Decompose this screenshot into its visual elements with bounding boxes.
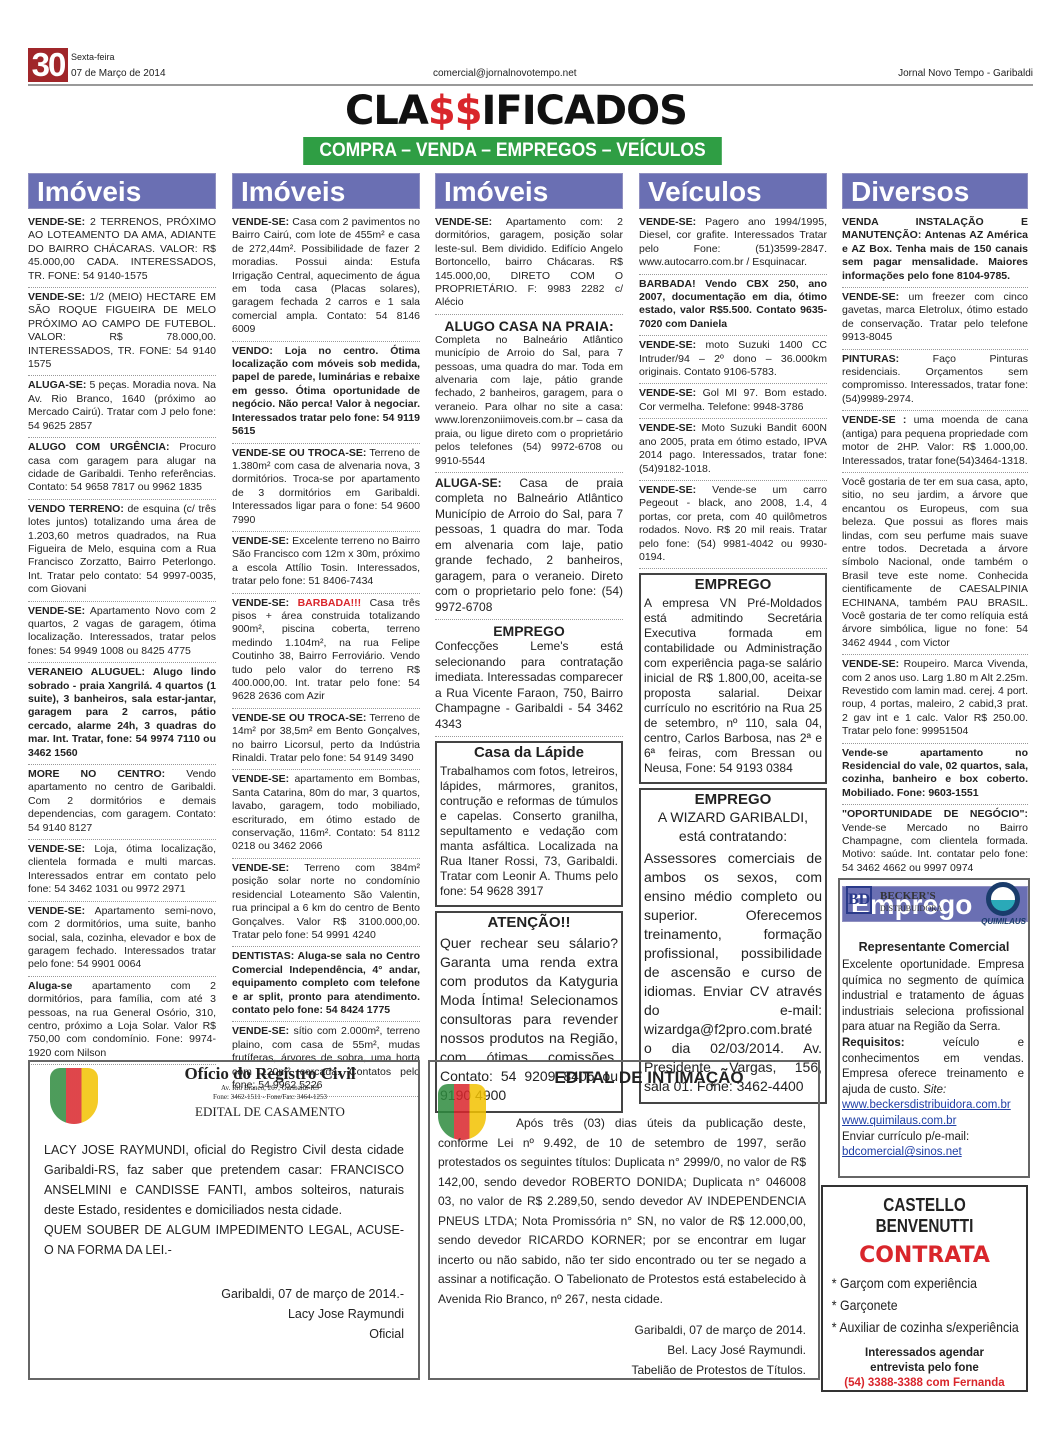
ad-title: ALUGO CASA NA PRAIA: (435, 318, 623, 334)
ad-title: EMPREGO (435, 623, 623, 639)
signature-name: Lacy Jose Raymundi (221, 1304, 404, 1324)
classified-ad: VENDE-SE: Apartamento com: 2 dormitórios… (435, 213, 623, 315)
classified-ad: PINTURAS: Faço Pinturas residenciais. Or… (842, 350, 1028, 412)
column-veiculos: Veículos VENDE-SE: Pagero ano 1994/1995,… (639, 173, 827, 1108)
ad-text: Casa de praia completa no Balneário Atlâ… (435, 476, 623, 614)
ad-text: Loja no centro. Ótima localização com mó… (232, 345, 420, 437)
address: Av. Rio Branco, 267, Garibaldi-RS (165, 1084, 375, 1093)
signature-role: Oficial (221, 1324, 404, 1344)
classified-ad: VENDO: Loja no centro. Ótima localização… (232, 342, 420, 444)
ad-lead: VENDO: (232, 345, 273, 357)
beckers-website-link[interactable]: www.beckersdistribuidora.com.br (842, 1099, 1011, 1111)
site-label: Site: (923, 1084, 946, 1096)
registro-civil-notice: Ofício do Registro Civil Av. Rio Branco,… (28, 1060, 420, 1380)
ad-lead: VENDE-SE: (842, 658, 899, 670)
box-subtitle: A WIZARD GARIBALDI, está contratando: (644, 808, 822, 846)
classified-ad: VENDE-SE: Vende-se um carro Pegeout - bl… (639, 481, 827, 569)
classified-ad: VENDE-SE: um freezer com cinco gavetas, … (842, 288, 1028, 350)
section-heading: Veículos (639, 173, 827, 209)
ad-lead: VENDE-SE: (639, 339, 696, 351)
box-title: ATENÇÃO!! (440, 915, 618, 931)
ad-lead: VENDE-SE OU TROCA-SE: (232, 447, 366, 459)
classified-ad: ALUGO COM URGÊNCIA: Procuro casa com gar… (28, 438, 216, 500)
ad-lead: VENDE-SE: (639, 216, 696, 228)
ad-lead: VENDE-SE: (28, 291, 85, 303)
signature-block: Garibaldi, 07 de março de 2014. Bel. Lac… (631, 1320, 806, 1380)
ad-lead: VENDE-SE: (842, 291, 899, 303)
ad-text: Completa no Balneário Atlântico municípi… (435, 334, 623, 467)
ad-text: Casa três pisos + área construida totali… (232, 597, 420, 703)
ad-lead: VENDE-SE: (639, 422, 696, 434)
classified-ad: VENDE-SE OU TROCA-SE: Terreno de 1.380m²… (232, 444, 420, 532)
boxed-ad: Casa da LápideTrabalhamos com fotos, let… (435, 741, 623, 907)
ad-text: de esquina (c/ três lotes juntos) totali… (28, 503, 216, 595)
position-item: * Garçonete (832, 1294, 1002, 1316)
ad-text: Confecções Leme's está selecionando para… (435, 639, 623, 731)
classified-ad: VENDA INSTALAÇÃO E MANUTENÇÃO: Antenas A… (842, 213, 1028, 288)
signature-block: Garibaldi, 07 de março de 2014.- Lacy Jo… (221, 1284, 404, 1344)
masthead-strap: COMPRA – VENDA – EMPREGOS – VEÍCULOS (303, 137, 722, 165)
section-heading: Imóveis (435, 173, 623, 209)
beckers-name: BECKER'SDISTRIBUIDORA (880, 890, 942, 915)
ad-lead: BARBADA! (639, 278, 696, 290)
signature-name: Bel. Lacy José Raymundi. (631, 1340, 806, 1360)
contact-email: comercial@jornalnovotempo.net (433, 68, 577, 79)
notice-title: Ofício do Registro Civil (165, 1064, 375, 1084)
notice-body: Após três (03) dias úteis da publicação … (438, 1114, 806, 1309)
classified-ad: DENTISTAS: Aluga-se sala no Centro Comer… (232, 947, 420, 1022)
notice-subtitle: EDITAL DE CASAMENTO (165, 1104, 375, 1120)
ad-lead: Vende-se (842, 747, 888, 759)
ad-lead: VENDE-SE: (232, 597, 289, 609)
section-heading: Imóveis (232, 173, 420, 209)
beckers-job-ad: BD BECKER'SDISTRIBUIDORA QUIMILAUS Repre… (838, 878, 1030, 1178)
classified-ad: VENDE-SE: BARBADA!!! Casa três pisos + á… (232, 594, 420, 709)
ad-lead: VENDE-SE: (639, 484, 696, 496)
ad-lead: ALUGO COM URGÊNCIA: (28, 441, 169, 453)
weekday: Sexta-feira (71, 52, 115, 62)
classified-ad: VENDE-SE: 1/2 (MEIO) HECTARE EM SÃO ROQU… (28, 288, 216, 376)
ad-lead: VENDE-SE: (28, 605, 85, 617)
notice-body: LACY JOSE RAYMUNDI, oficial do Registro … (44, 1140, 404, 1260)
classified-ad: VENDE-SE : uma moenda de cana (antiga) p… (842, 411, 1028, 473)
ad-highlight: BARBADA!!! (298, 597, 362, 609)
contact-info: Interessados agendar entrevista pelo fon… (823, 1346, 1026, 1391)
intimacao-notice: EDITAL DE INTIMAÇÃO Após três (03) dias … (428, 1060, 820, 1380)
classified-ad: VENDO TERRENO: de esquina (c/ três lotes… (28, 500, 216, 602)
ad-lead: VENDE-SE: (435, 216, 492, 228)
classified-ad: VERANEIO ALUGUEL: Alugo lindo sobrado - … (28, 663, 216, 765)
ad-lead: VENDE-SE OU TROCA-SE: (232, 712, 366, 724)
masthead-part: IFICADOS (482, 88, 687, 134)
classified-ad: Vende-se apartamento no Residencial do v… (842, 744, 1028, 806)
boxed-ad: EMPREGOA empresa VN Pré-Moldados está ad… (639, 573, 827, 784)
notice-paragraph: QUEM SOUBER DE ALGUM IMPEDIMENTO LEGAL, … (44, 1220, 404, 1260)
ad-lead: VENDE-SE: (232, 216, 289, 228)
classified-ad: ALUGA-SE: 5 peças. Moradia nova. Na Av. … (28, 376, 216, 438)
box-text: A empresa VN Pré-Moldados está admitindo… (644, 593, 822, 780)
section-heading: Diversos (842, 173, 1028, 209)
notice-paragraph: LACY JOSE RAYMUNDI, oficial do Registro … (44, 1140, 404, 1220)
classified-ad: Você gostaria de ter em sua casa, apto, … (842, 473, 1028, 655)
classified-ad: BARBADA! Vendo CBX 250, ano 2007, docume… (639, 275, 827, 337)
job-title: Representante Comercial (840, 940, 1028, 954)
ad-lead: VENDE-SE : (842, 414, 906, 426)
contact-line: entrevista pelo fone (823, 1361, 1026, 1376)
company-sub: DISTRIBUIDORA (880, 904, 942, 913)
ad-text: Apartamento com: 2 dormitórios, garagem,… (435, 216, 623, 308)
positions-list: * Garçom com experiência * Garçonete * A… (823, 1272, 1002, 1338)
classified-ad: VENDE-SE: Pagero ano 1994/1995, Diesel, … (639, 213, 827, 275)
dollar-signs: $$ (428, 88, 482, 134)
ad-lead: VENDE-SE: (232, 862, 289, 874)
contact-phone: (54) 3388-3388 com Fernanda (823, 1376, 1026, 1391)
classified-ad: VENDE-SE: Terreno com 384m² posição sola… (232, 859, 420, 947)
ad-lead: VENDE-SE: (232, 1025, 289, 1037)
classified-ad: ALUGO CASA NA PRAIA:Completa no Balneári… (435, 315, 623, 473)
ad-lead: VERANEIO ALUGUEL: (28, 666, 145, 678)
ad-lead: VENDO TERRENO: (28, 503, 124, 515)
beckers-logo-icon: BD (846, 886, 872, 914)
box-title: EMPREGO (644, 792, 822, 808)
ad-lead: VENDE-SE: (28, 905, 85, 917)
signature-date: Garibaldi, 07 de março de 2014. (631, 1320, 806, 1340)
boxed-ad: EMPREGOA WIZARD GARIBALDI, está contrata… (639, 788, 827, 1104)
castello-job-ad: CASTELLO BENVENUTTI CONTRATA * Garçom co… (821, 1185, 1028, 1392)
newspaper-name: Jornal Novo Tempo - Garibaldi (898, 68, 1033, 79)
masthead-part: CLA (345, 88, 428, 134)
company-name: BECKER'S (880, 890, 942, 902)
classified-ad: VENDE-SE: apartamento em Bombas, Santa C… (232, 770, 420, 858)
classified-ad: EMPREGOConfecções Leme's está selecionan… (435, 620, 623, 737)
signature-date: Garibaldi, 07 de março de 2014.- (221, 1284, 404, 1304)
classified-ad: Aluga-se apartamento com 2 dormitórios, … (28, 977, 216, 1065)
classified-ad: VENDE-SE: Excelente terreno no Bairro Sã… (232, 532, 420, 594)
classified-ad: VENDE-SE: Roupeiro. Marca Vivenda, com 2… (842, 655, 1028, 743)
ad-lead: DENTISTAS: (232, 950, 294, 962)
box-text: Trabalhamos com fotos, letreiros, lápide… (440, 761, 618, 903)
classified-ad: VENDE-SE: Moto Suzuki Bandit 600N ano 20… (639, 419, 827, 481)
notice-title: EDITAL DE INTIMAÇÃO (490, 1068, 808, 1088)
position-item: * Auxiliar de cozinha s/experiência (832, 1316, 1002, 1338)
ad-text: Casa com 2 pavimentos no Bairro Cairú, c… (232, 216, 420, 335)
contact-line: Interessados agendar (823, 1346, 1026, 1361)
hiring-headline: CONTRATA (823, 1243, 1026, 1268)
classified-ad: VENDE-SE: Apartamento semi-novo, com 2 d… (28, 902, 216, 977)
ad-lead: PINTURAS: (842, 353, 899, 365)
column-imoveis-1: Imóveis VENDE-SE: 2 TERRENOS, PRÓXIMO AO… (28, 173, 216, 1065)
rs-coat-of-arms-icon (50, 1068, 98, 1124)
ad-lead: VENDE-SE: (232, 773, 289, 785)
signature-role: Tabelião de Protestos de Títulos. (631, 1360, 806, 1380)
classified-ad: VENDE-SE: Gol MI 97. Bom estado. Cor ver… (639, 384, 827, 419)
classified-ad: VENDE-SE: Loja, ótima localização, clien… (28, 840, 216, 902)
masthead-title: CLA$$IFICADOS (286, 90, 746, 132)
classified-ad: VENDE-SE: Casa com 2 pavimentos no Bairr… (232, 213, 420, 342)
column-diversos: Diversos VENDA INSTALAÇÃO E MANUTENÇÃO: … (842, 173, 1028, 926)
company-name: CASTELLO BENVENUTTI (838, 1195, 1011, 1237)
notice-address: Av. Rio Branco, 267, Garibaldi-RSFone: 3… (165, 1084, 375, 1102)
quimilaus-website-link[interactable]: www.quimilaus.com.br (842, 1115, 956, 1127)
ad-text: Vende-se Mercado no Bairro Champagne, co… (842, 822, 1028, 874)
ad-lead: "OPORTUNIDADE DE NEGÓCIO": (842, 808, 1028, 820)
issue-date: 07 de Março de 2014 (71, 68, 166, 79)
contact-email-link[interactable]: bdcomercial@sinos.net (842, 1146, 962, 1158)
position-item: * Garçom com experiência (832, 1272, 1002, 1294)
ad-text: Alugo lindo sobrado - praia Xangrilá. 4 … (28, 666, 216, 758)
phone: Fone: 3462-1511 - Fone/Fax: 3464-1253 (165, 1093, 375, 1102)
partner-name: QUIMILAUS (981, 917, 1026, 926)
ad-lead: VENDE-SE: (232, 535, 289, 547)
classified-ad: VENDE-SE: moto Suzuki 1400 CC Intruder/9… (639, 336, 827, 384)
ad-lead: ALUGA-SE: (28, 379, 86, 391)
classified-ad: VENDE-SE: Apartamento Novo com 2 quartos… (28, 602, 216, 664)
ad-text: Você gostaria de ter em sua casa, apto, … (842, 476, 1028, 649)
ad-lead: VENDE-SE: (28, 843, 85, 855)
column-imoveis-3: Imóveis VENDE-SE: Apartamento com: 2 dor… (435, 173, 623, 1117)
ad-lead: MORE NO CENTRO: (28, 768, 165, 780)
page-header: 30 Sexta-feira 07 de Março de 2014 comer… (28, 48, 1033, 86)
classified-ad: "OPORTUNIDADE DE NEGÓCIO": Vende-se Merc… (842, 805, 1028, 880)
box-title: Casa da Lápide (440, 745, 618, 761)
ad-lead: Aluga-se (28, 980, 72, 992)
classified-ad: ALUGA-SE: Casa de praia completa no Baln… (435, 473, 623, 621)
classified-ad: MORE NO CENTRO: Vendo apartamento no cen… (28, 765, 216, 840)
ad-lead: VENDE-SE: (639, 387, 696, 399)
requirements-label: Requisitos: (842, 1037, 905, 1049)
job-body: Excelente oportunidade. Empresa química … (842, 958, 1024, 1161)
ad-lead: ALUGA-SE: (435, 476, 502, 490)
classified-ad: VENDE-SE: 2 TERRENOS, PRÓXIMO AO LOTEAME… (28, 213, 216, 288)
classified-ad: VENDE-SE OU TROCA-SE: Terreno de 14m² po… (232, 709, 420, 771)
box-title: EMPREGO (644, 577, 822, 593)
quimilaus-logo-icon (986, 882, 1020, 916)
column-imoveis-2: Imóveis VENDE-SE: Casa com 2 pavimentos … (232, 173, 420, 1097)
page-number: 30 (28, 48, 68, 82)
section-heading: Imóveis (28, 173, 216, 209)
job-description: Excelente oportunidade. Empresa química … (842, 959, 1024, 1033)
ad-lead: VENDE-SE: (28, 216, 85, 228)
send-label: Enviar currículo p/e-mail: (842, 1131, 969, 1143)
